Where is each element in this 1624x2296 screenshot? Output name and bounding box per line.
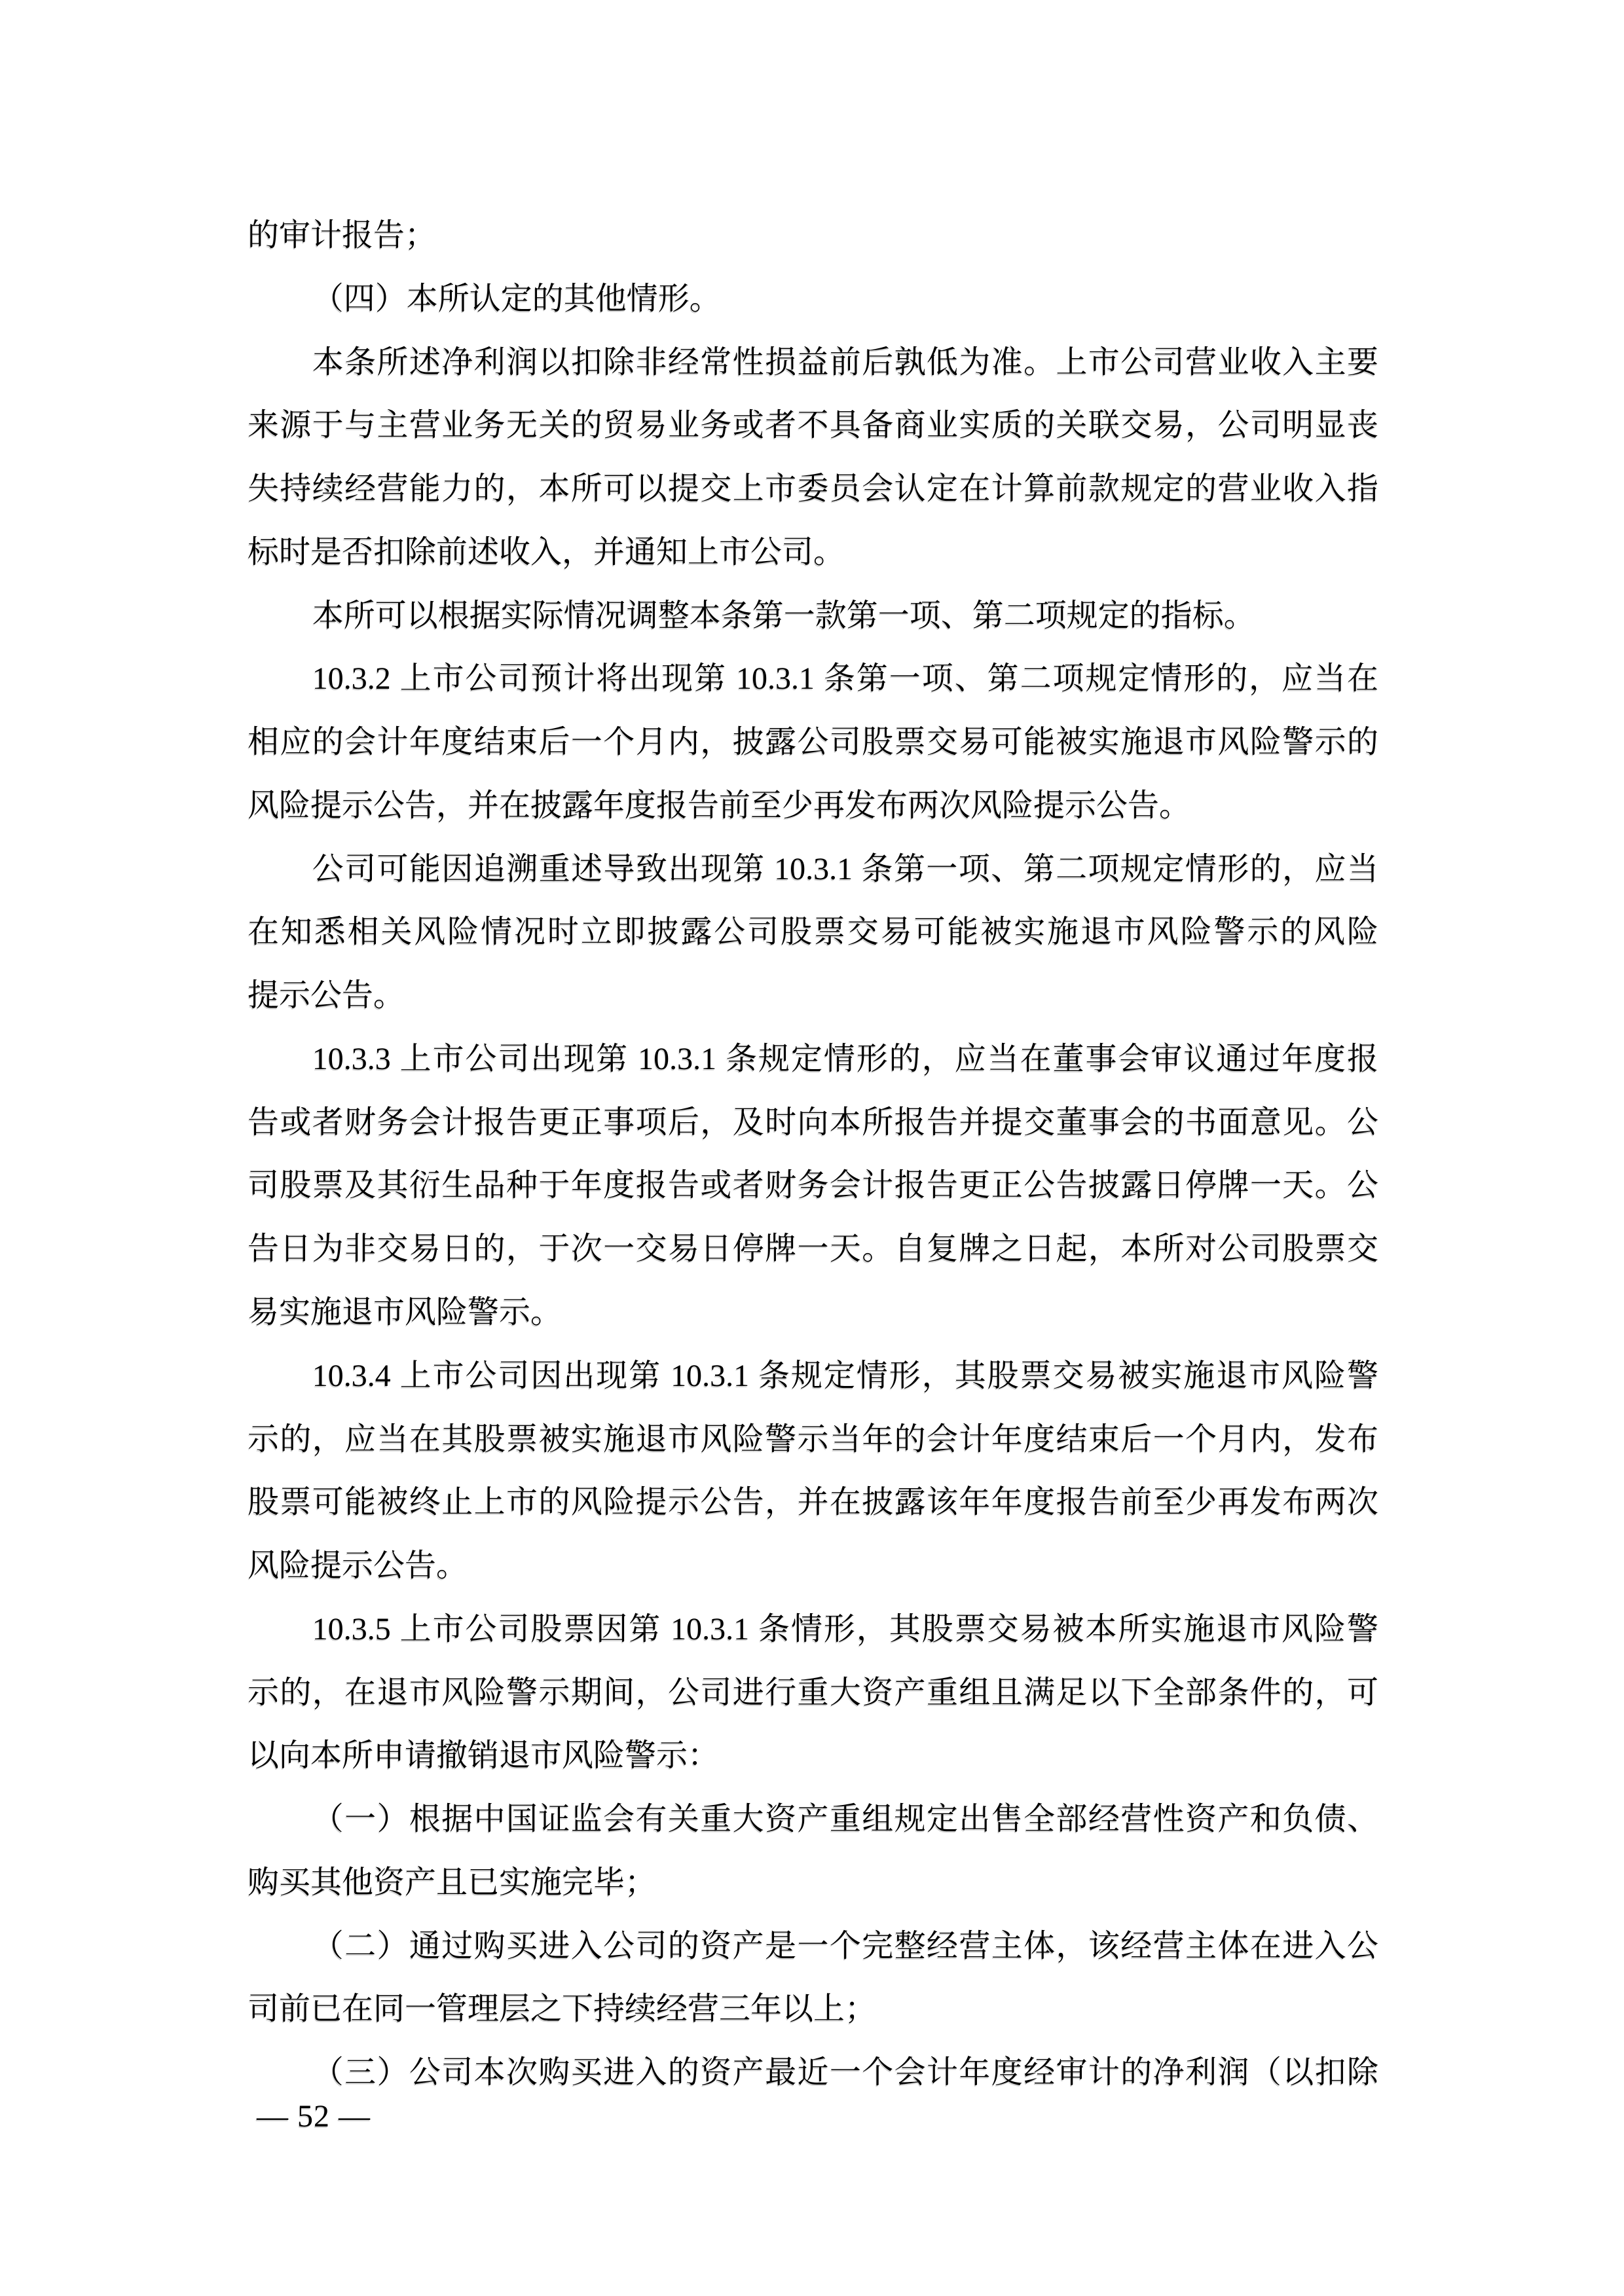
text-line: 风险提示公告。 xyxy=(248,1535,1378,1598)
text-line: 标时是否扣除前述收入，并通知上市公司。 xyxy=(248,521,1378,585)
text-line: 司前已在同一管理层之下持续经营三年以上； xyxy=(248,1978,1378,2041)
text-line: 示的，在退市风险警示期间，公司进行重大资产重组且满足以下全部条件的，可 xyxy=(248,1662,1378,1725)
text-line: 10.3.2 上市公司预计将出现第 10.3.1 条第一项、第二项规定情形的，应… xyxy=(248,647,1378,711)
text-line: 来源于与主营业务无关的贸易业务或者不具备商业实质的关联交易，公司明显丧 xyxy=(248,394,1378,458)
text-line: 10.3.5 上市公司股票因第 10.3.1 条情形，其股票交易被本所实施退市风… xyxy=(248,1598,1378,1662)
text-line: 的审计报告； xyxy=(248,204,1378,268)
text-line: 告或者财务会计报告更正事项后，及时向本所报告并提交董事会的书面意见。公 xyxy=(248,1091,1378,1155)
text-line: 相应的会计年度结束后一个月内，披露公司股票交易可能被实施退市风险警示的 xyxy=(248,711,1378,774)
text-line: 公司可能因追溯重述导致出现第 10.3.1 条第一项、第二项规定情形的，应当 xyxy=(248,838,1378,902)
page-number: — 52 — xyxy=(257,2099,371,2134)
text-line: 告日为非交易日的，于次一交易日停牌一天。自复牌之日起，本所对公司股票交 xyxy=(248,1218,1378,1281)
page-footer: — 52 — xyxy=(257,2098,371,2135)
text-line: 股票可能被终止上市的风险提示公告，并在披露该年年度报告前至少再发布两次 xyxy=(248,1471,1378,1535)
text-line: 10.3.4 上市公司因出现第 10.3.1 条规定情形，其股票交易被实施退市风… xyxy=(248,1345,1378,1408)
text-line: 司股票及其衍生品种于年度报告或者财务会计报告更正公告披露日停牌一天。公 xyxy=(248,1154,1378,1218)
text-line: 风险提示公告，并在披露年度报告前至少再发布两次风险提示公告。 xyxy=(248,774,1378,838)
text-line: 易实施退市风险警示。 xyxy=(248,1281,1378,1345)
text-line: 购买其他资产且已实施完毕； xyxy=(248,1851,1378,1915)
document-page: 的审计报告； （四）本所认定的其他情形。 本条所述净利润以扣除非经常性损益前后孰… xyxy=(0,0,1624,2296)
text-line: （三）公司本次购买进入的资产最近一个会计年度经审计的净利润（以扣除 xyxy=(248,2041,1378,2105)
text-line: 10.3.3 上市公司出现第 10.3.1 条规定情形的，应当在董事会审议通过年… xyxy=(248,1028,1378,1091)
text-line: 提示公告。 xyxy=(248,964,1378,1028)
text-line: （四）本所认定的其他情形。 xyxy=(248,268,1378,331)
text-line: 以向本所申请撤销退市风险警示： xyxy=(248,1724,1378,1788)
text-line: 本所可以根据实际情况调整本条第一款第一项、第二项规定的指标。 xyxy=(248,585,1378,648)
text-line: 失持续经营能力的，本所可以提交上市委员会认定在计算前款规定的营业收入指 xyxy=(248,458,1378,521)
page-body-text: 的审计报告； （四）本所认定的其他情形。 本条所述净利润以扣除非经常性损益前后孰… xyxy=(248,204,1378,2105)
text-line: （一）根据中国证监会有关重大资产重组规定出售全部经营性资产和负债、 xyxy=(248,1788,1378,1851)
text-line: （二）通过购买进入公司的资产是一个完整经营主体，该经营主体在进入公 xyxy=(248,1915,1378,1978)
text-line: 在知悉相关风险情况时立即披露公司股票交易可能被实施退市风险警示的风险 xyxy=(248,901,1378,964)
text-line: 示的，应当在其股票被实施退市风险警示当年的会计年度结束后一个月内，发布 xyxy=(248,1408,1378,1472)
text-line: 本条所述净利润以扣除非经常性损益前后孰低为准。上市公司营业收入主要 xyxy=(248,331,1378,395)
